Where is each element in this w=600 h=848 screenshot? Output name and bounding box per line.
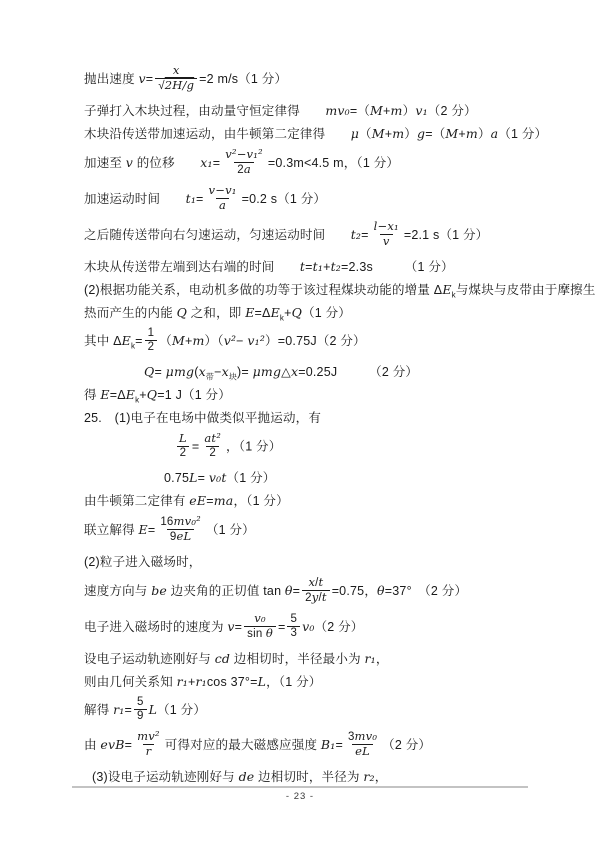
answer-line-24: 由 evB=mv²r可得对应的最大磁感应强度 B₁=3mv₀eL（2 分）	[84, 731, 564, 760]
answer-line-6: 之后随传送带向右匀速运动，匀速运动时间 t₂=l−x₁v=2.1 s（1 分）	[84, 221, 564, 250]
fraction: v−v₁a	[206, 184, 240, 213]
fraction: v²−v₁²2a	[222, 148, 266, 177]
fraction: l−x₁v	[371, 220, 402, 249]
answer-line-9: 热而产生的内能 Q 之和，即 E=ΔEk+Q（1 分）	[84, 303, 564, 323]
answer-line-10: 其中 ΔEk=12（M+m）（v²− v₁²）=0.75J（2 分）	[84, 328, 564, 355]
fraction: 53	[287, 613, 300, 640]
footer-divider	[72, 786, 528, 788]
fraction: x√2H/g	[155, 64, 197, 93]
fraction: v₀sin θ	[244, 612, 276, 641]
answer-line-23: 解得 r₁=59L（1 分）	[84, 697, 564, 724]
answer-line-5: 加速运动时间 t₁=v−v₁a=0.2 s（1 分）	[84, 185, 564, 214]
answer-line-11: Q= μmg(x带−x块)= μmg△x=0.25J （2 分）	[84, 362, 564, 382]
answer-line-12: 得 E=ΔEk+Q=1 J（1 分）	[84, 385, 564, 405]
answer-line-13: 25. (1)电子在电场中做类似平抛运动，有	[84, 408, 564, 428]
fraction: at²2	[201, 432, 224, 460]
answer-line-15: 0.75L= v₀t（1 分）	[84, 468, 564, 488]
fraction: 12	[145, 327, 158, 354]
answer-line-18: (2)粒子进入磁场时，	[84, 552, 564, 572]
answer-line-4: 加速至 v 的位移 x₁=v²−v₁²2a=0.3m<4.5 m，（1 分）	[84, 149, 564, 178]
answer-line-21: 设电子运动轨迹刚好与 cd 边相切时，半径最小为 r₁，	[84, 649, 564, 669]
page-number: - 23 -	[0, 791, 600, 802]
answer-line-25: (3)设电子运动轨迹刚好与 de 边相切时，半径为 r₂，	[84, 767, 564, 787]
document-page: 抛出速度 v=x√2H/g=2 m/s（1 分）子弹打入木块过程，由动量守恒定律…	[0, 0, 600, 848]
fraction: mv²r	[134, 730, 163, 759]
answer-sheet-content: 抛出速度 v=x√2H/g=2 m/s（1 分）子弹打入木块过程，由动量守恒定律…	[84, 60, 564, 790]
answer-line-16: 由牛顿第二定律有 eE=ma，（1 分）	[84, 491, 564, 511]
answer-line-3: 木块沿传送带加速运动，由牛顿第二定律得 μ（M+m）g=（M+m）a（1 分）	[84, 124, 564, 144]
fraction: 16mv₀²9eL	[157, 515, 204, 544]
fraction: x/t2y/t	[302, 576, 330, 605]
answer-line-7: 木块从传送带左端到达右端的时间 t=t₁+t₂=2.3s （1 分）	[84, 257, 564, 277]
answer-line-20: 电子进入磁场时的速度为 v=v₀sin θ=53v₀（2 分）	[84, 613, 564, 642]
answer-line-17: 联立解得 E=16mv₀²9eL（1 分）	[84, 516, 564, 545]
fraction: 3mv₀eL	[345, 730, 380, 759]
answer-line-14: L2=at²2，（1 分）	[84, 433, 564, 461]
fraction: L2	[176, 432, 190, 460]
answer-line-8: (2)根据功能关系，电动机多做的功等于该过程煤块动能的增量 ΔEk与煤块与皮带由…	[84, 280, 564, 300]
fraction: 59	[134, 696, 147, 723]
answer-line-2: 子弹打入木块过程，由动量守恒定律得 mv₀=（M+m）v₁（2 分）	[84, 101, 564, 121]
answer-line-1: 抛出速度 v=x√2H/g=2 m/s（1 分）	[84, 65, 564, 94]
answer-line-19: 速度方向与 be 边夹角的正切值 tan θ=x/t2y/t=0.75，θ=37…	[84, 577, 564, 606]
answer-line-22: 则由几何关系知 r₁+r₁cos 37°=L，（1 分）	[84, 672, 564, 692]
